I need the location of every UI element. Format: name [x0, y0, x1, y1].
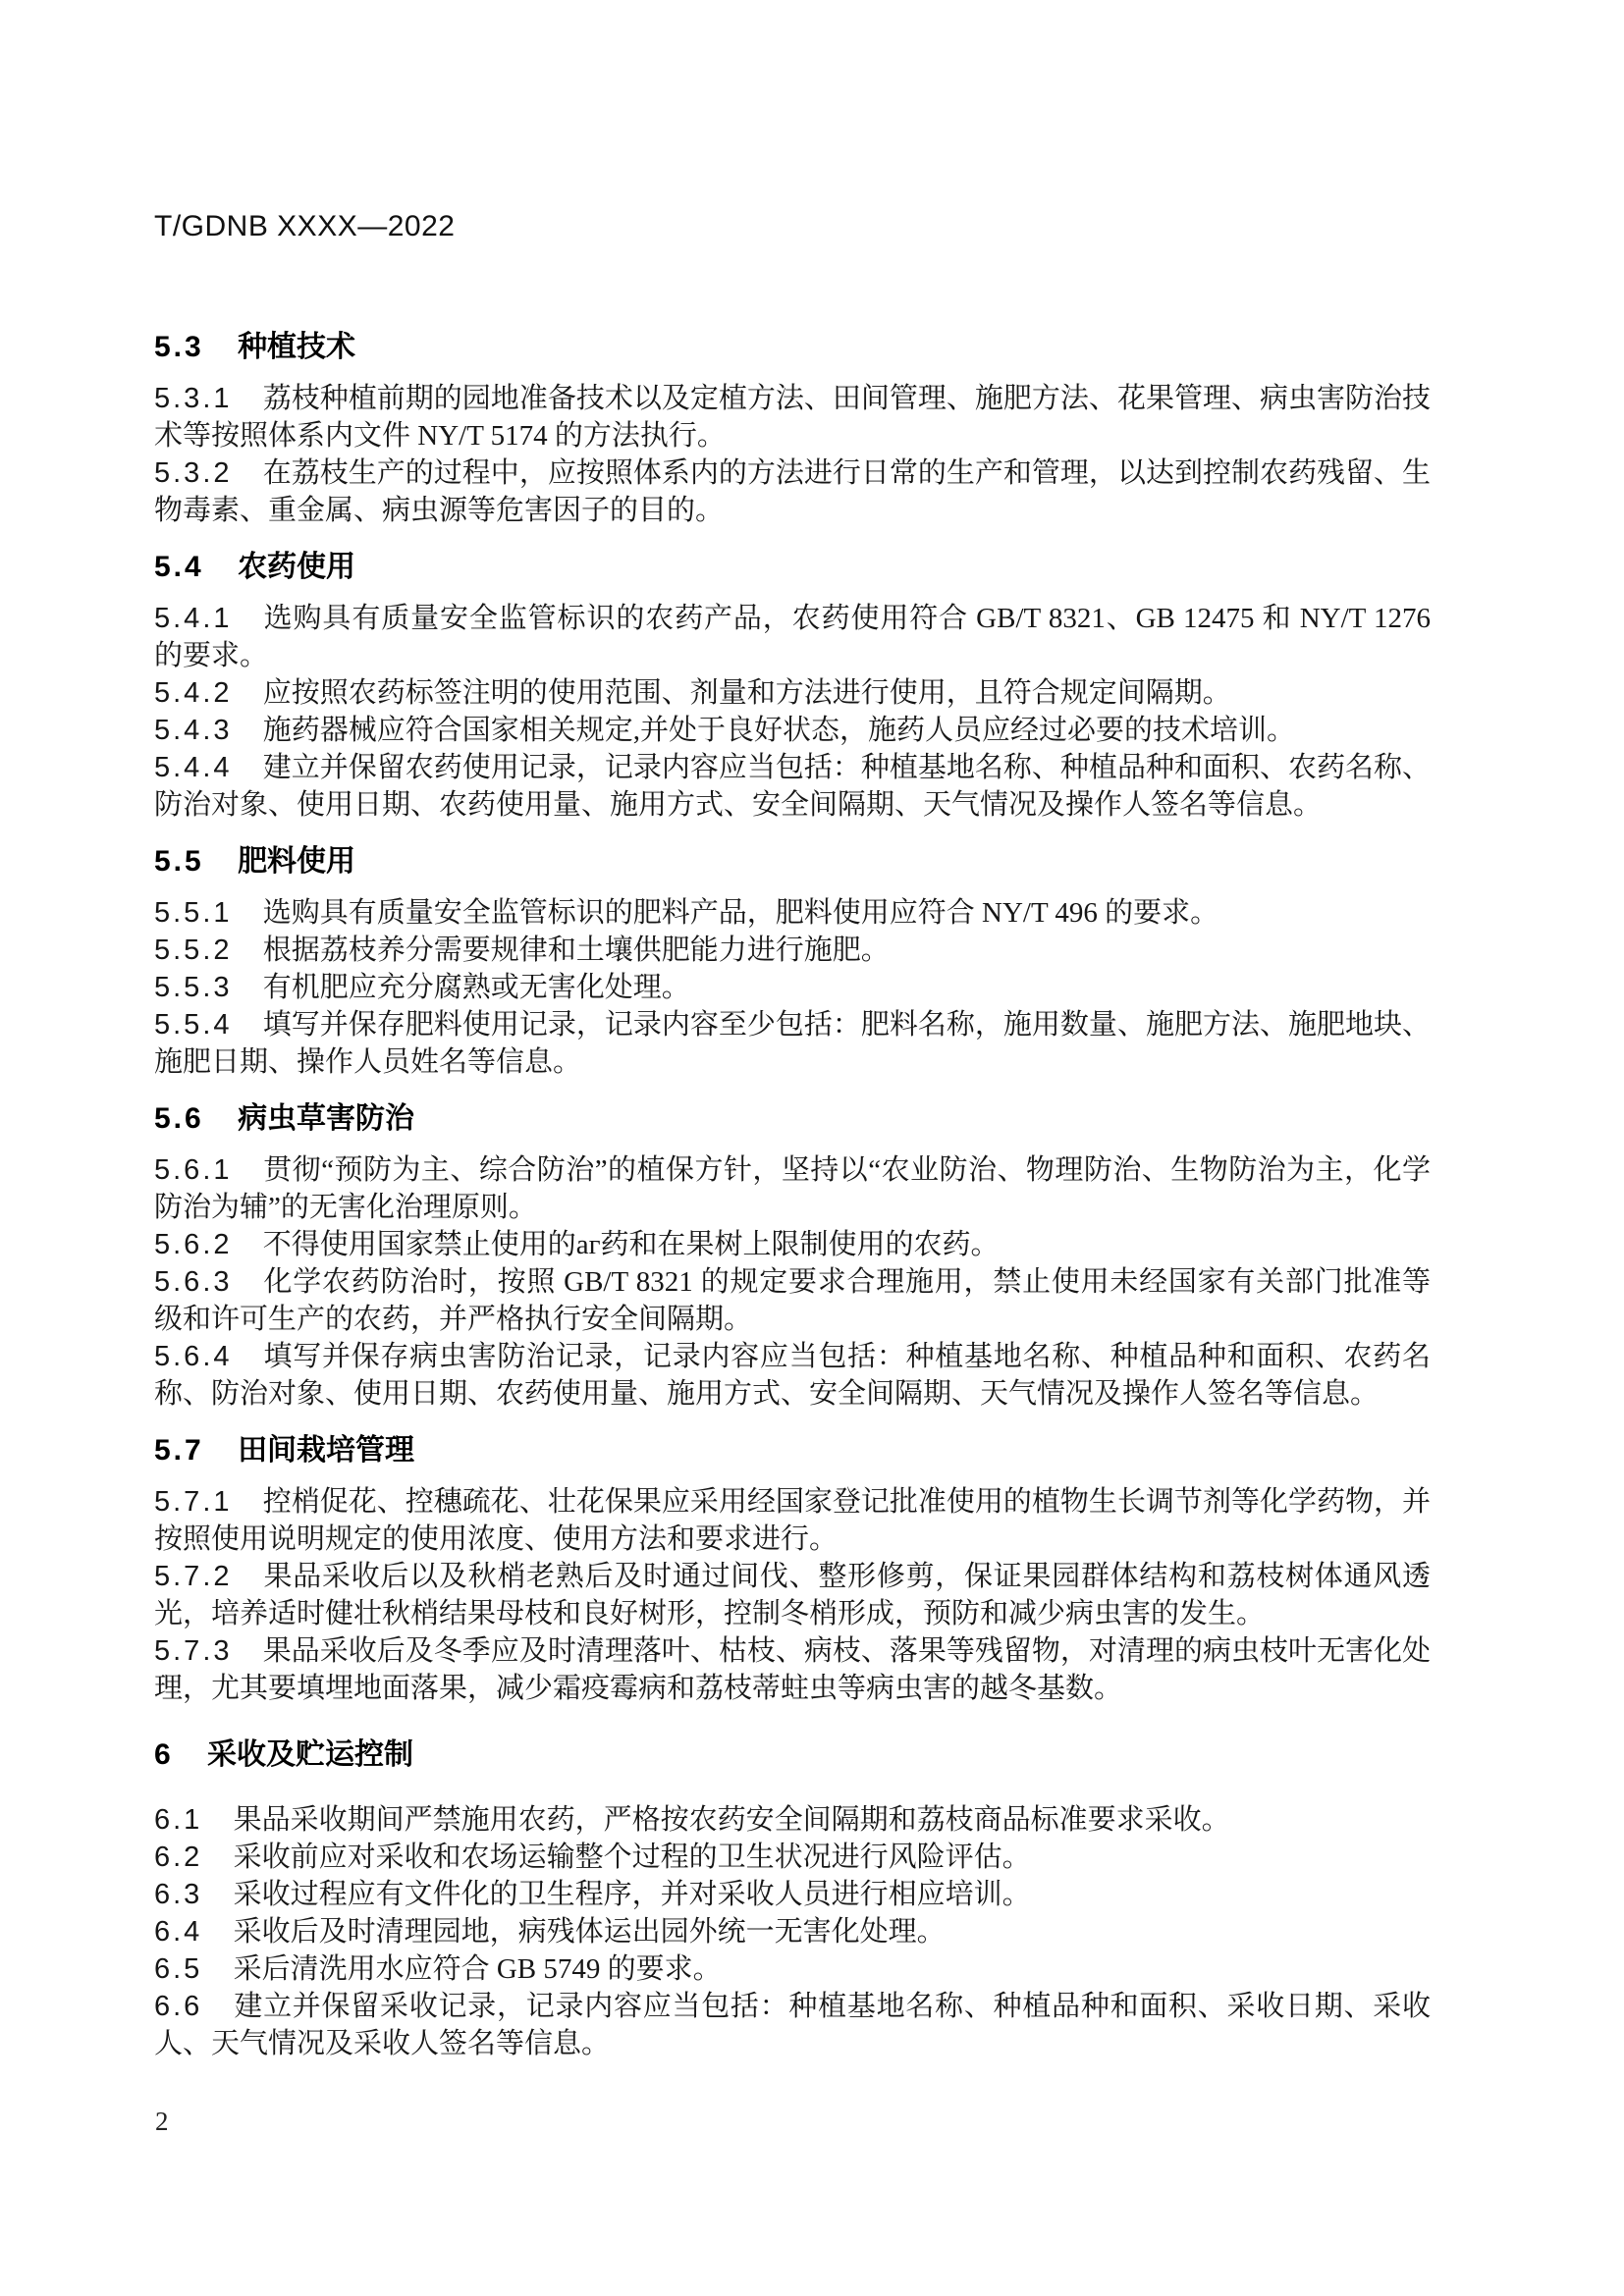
- clause-5-4-3: 5.4.3 施药器械应符合国家相关规定,并处于良好状态，施药人员应经过必要的技术…: [154, 712, 1431, 749]
- clause-text: 建立并保留采收记录，记录内容应当包括：种植基地名称、种植品种和面积、采收日期、采…: [154, 1991, 1431, 2059]
- section-heading: 5.4 农药使用: [154, 549, 1431, 586]
- clause-5-5-1: 5.5.1 选购具有质量安全监管标识的肥料产品，肥料使用应符合 NY/T 496…: [154, 894, 1431, 932]
- clause-text: 贯彻“预防为主、综合防治”的植保方针，坚持以“农业防治、物理防治、生物防治为主，…: [154, 1154, 1431, 1223]
- section-heading: 5.6 病虫草害防治: [154, 1100, 1431, 1138]
- section-5-7: 5.7 田间栽培管理 5.7.1 控梢促花、控穗疏花、壮花保果应采用经国家登记批…: [154, 1432, 1431, 1707]
- clause-text: 应按照农药标签注明的使用范围、剂量和方法进行使用，且符合规定间隔期。: [263, 677, 1231, 709]
- section-number: 5.6: [154, 1102, 204, 1135]
- section-title: 种植技术: [238, 331, 355, 363]
- clause-number: 6.5: [154, 1953, 202, 1985]
- clause-text: 采收前应对采收和农场运输整个过程的卫生状况进行风险评估。: [234, 1842, 1031, 1873]
- clause-number: 5.6.2: [154, 1229, 233, 1260]
- clause-number: 6.3: [154, 1879, 202, 1910]
- section-clauses: 5.5.1 选购具有质量安全监管标识的肥料产品，肥料使用应符合 NY/T 496…: [154, 894, 1431, 1081]
- document-page: T/GDNB XXXX—2022 5.3 种植技术 5.3.1 荔枝种植前期的园…: [0, 0, 1624, 2296]
- document-body: 5.3 种植技术 5.3.1 荔枝种植前期的园地准备技术以及定植方法、田间管理、…: [154, 329, 1431, 2062]
- clause-number: 6.1: [154, 1804, 202, 1836]
- clause-5-5-4: 5.5.4 填写并保存肥料使用记录，记录内容至少包括：肥料名称，施用数量、施肥方…: [154, 1006, 1431, 1081]
- clause-5-5-3: 5.5.3 有机肥应充分腐熟或无害化处理。: [154, 969, 1431, 1006]
- clause-text: 施药器械应符合国家相关规定,并处于良好状态，施药人员应经过必要的技术培训。: [263, 715, 1295, 746]
- clause-text: 荔枝种植前期的园地准备技术以及定植方法、田间管理、施肥方法、花果管理、病虫害防治…: [154, 383, 1431, 452]
- section-clauses: 6.1 果品采收期间严禁施用农药，严格按农药安全间隔期和荔枝商品标准要求采收。 …: [154, 1801, 1431, 2062]
- clause-text: 化学农药防治时，按照 GB/T 8321 的规定要求合理施用，禁止使用未经国家有…: [154, 1266, 1431, 1335]
- page-number: 2: [155, 2106, 169, 2137]
- clause-text: 果品采收后及冬季应及时清理落叶、枯枝、病枝、落果等残留物，对清理的病虫枝叶无害化…: [154, 1635, 1431, 1704]
- clause-number: 5.4.4: [154, 752, 233, 783]
- clause-text: 果品采收期间严禁施用农药，严格按农药安全间隔期和荔枝商品标准要求采收。: [234, 1804, 1230, 1836]
- clause-5-6-1: 5.6.1 贯彻“预防为主、综合防治”的植保方针，坚持以“农业防治、物理防治、生…: [154, 1151, 1431, 1226]
- clause-text: 根据荔枝养分需要规律和土壤供肥能力进行施肥。: [263, 934, 890, 966]
- clause-text: 控梢促花、控穗疏花、壮花保果应采用经国家登记批准使用的植物生长调节剂等化学药物，…: [154, 1486, 1431, 1555]
- section-5-4: 5.4 农药使用 5.4.1 选购具有质量安全监管标识的农药产品，农药使用符合 …: [154, 549, 1431, 824]
- section-heading: 6 采收及贮运控制: [154, 1736, 1431, 1774]
- clause-number: 5.5.3: [154, 972, 233, 1003]
- clause-6-6: 6.6 建立并保留采收记录，记录内容应当包括：种植基地名称、种植品种和面积、采收…: [154, 1988, 1431, 2062]
- clause-5-7-1: 5.7.1 控梢促花、控穗疏花、壮花保果应采用经国家登记批准使用的植物生长调节剂…: [154, 1483, 1431, 1558]
- clause-text: 选购具有质量安全监管标识的农药产品，农药使用符合 GB/T 8321、GB 12…: [154, 603, 1431, 671]
- clause-6-3: 6.3 采收过程应有文件化的卫生程序，并对采收人员进行相应培训。: [154, 1876, 1431, 1913]
- section-heading: 5.5 肥料使用: [154, 843, 1431, 881]
- clause-number: 5.4.3: [154, 715, 233, 746]
- clause-5-7-3: 5.7.3 果品采收后及冬季应及时清理落叶、枯枝、病枝、落果等残留物，对清理的病…: [154, 1632, 1431, 1707]
- section-number: 5.3: [154, 331, 204, 363]
- clause-number: 5.4.2: [154, 677, 233, 709]
- clause-number: 5.3.1: [154, 383, 233, 414]
- clause-number: 6.2: [154, 1842, 202, 1873]
- clause-6-2: 6.2 采收前应对采收和农场运输整个过程的卫生状况进行风险评估。: [154, 1839, 1431, 1876]
- clause-number: 6.4: [154, 1916, 202, 1948]
- clause-number: 5.7.2: [154, 1561, 233, 1592]
- section-clauses: 5.4.1 选购具有质量安全监管标识的农药产品，农药使用符合 GB/T 8321…: [154, 600, 1431, 824]
- section-heading: 5.3 种植技术: [154, 329, 1431, 366]
- clause-5-6-4: 5.6.4 填写并保存病虫害防治记录，记录内容应当包括：种植基地名称、种植品种和…: [154, 1338, 1431, 1413]
- clause-text: 采收后及时清理园地，病残体运出园外统一无害化处理。: [234, 1916, 946, 1948]
- clause-text: 选购具有质量安全监管标识的肥料产品，肥料使用应符合 NY/T 496 的要求。: [263, 897, 1218, 929]
- clause-number: 5.4.1: [154, 603, 233, 634]
- clause-6-1: 6.1 果品采收期间严禁施用农药，严格按农药安全间隔期和荔枝商品标准要求采收。: [154, 1801, 1431, 1839]
- section-title: 农药使用: [238, 551, 355, 583]
- clause-number: 5.5.2: [154, 934, 233, 966]
- clause-5-6-2: 5.6.2 不得使用国家禁止使用的аг药和在果树上限制使用的农药。: [154, 1226, 1431, 1263]
- section-5-5: 5.5 肥料使用 5.5.1 选购具有质量安全监管标识的肥料产品，肥料使用应符合…: [154, 843, 1431, 1081]
- document-code-header: T/GDNB XXXX—2022: [154, 210, 455, 243]
- section-heading: 5.7 田间栽培管理: [154, 1432, 1431, 1469]
- clause-text: 采后清洗用水应符合 GB 5749 的要求。: [234, 1953, 722, 1985]
- clause-5-5-2: 5.5.2 根据荔枝养分需要规律和土壤供肥能力进行施肥。: [154, 932, 1431, 969]
- clause-number: 5.5.4: [154, 1009, 233, 1041]
- section-5-3: 5.3 种植技术 5.3.1 荔枝种植前期的园地准备技术以及定植方法、田间管理、…: [154, 329, 1431, 529]
- section-title: 病虫草害防治: [238, 1102, 414, 1135]
- clause-5-3-1: 5.3.1 荔枝种植前期的园地准备技术以及定植方法、田间管理、施肥方法、花果管理…: [154, 380, 1431, 454]
- clause-5-7-2: 5.7.2 果品采收后以及秋梢老熟后及时通过间伐、整形修剪，保证果园群体结构和荔…: [154, 1558, 1431, 1632]
- clause-number: 6.6: [154, 1991, 202, 2022]
- clause-number: 5.5.1: [154, 897, 233, 929]
- clause-text: 不得使用国家禁止使用的аг药和在果树上限制使用的农药。: [263, 1229, 1000, 1260]
- clause-number: 5.7.3: [154, 1635, 233, 1667]
- clause-5-4-1: 5.4.1 选购具有质量安全监管标识的农药产品，农药使用符合 GB/T 8321…: [154, 600, 1431, 674]
- clause-number: 5.6.4: [154, 1341, 233, 1372]
- section-clauses: 5.3.1 荔枝种植前期的园地准备技术以及定植方法、田间管理、施肥方法、花果管理…: [154, 380, 1431, 529]
- clause-6-4: 6.4 采收后及时清理园地，病残体运出园外统一无害化处理。: [154, 1913, 1431, 1950]
- clause-text: 填写并保存病虫害防治记录，记录内容应当包括：种植基地名称、种植品种和面积、农药名…: [154, 1341, 1431, 1410]
- section-number: 5.4: [154, 551, 204, 583]
- section-number: 5.7: [154, 1434, 204, 1467]
- section-clauses: 5.6.1 贯彻“预防为主、综合防治”的植保方针，坚持以“农业防治、物理防治、生…: [154, 1151, 1431, 1413]
- clause-number: 5.7.1: [154, 1486, 233, 1518]
- clause-text: 填写并保存肥料使用记录，记录内容至少包括：肥料名称，施用数量、施肥方法、施肥地块…: [154, 1009, 1431, 1078]
- section-number: 5.5: [154, 845, 204, 878]
- clause-6-5: 6.5 采后清洗用水应符合 GB 5749 的要求。: [154, 1950, 1431, 1988]
- section-title: 肥料使用: [238, 845, 355, 878]
- section-title: 田间栽培管理: [238, 1434, 414, 1467]
- clause-5-4-2: 5.4.2 应按照农药标签注明的使用范围、剂量和方法进行使用，且符合规定间隔期。: [154, 674, 1431, 712]
- clause-number: 5.3.2: [154, 457, 233, 489]
- clause-number: 5.6.1: [154, 1154, 233, 1186]
- clause-text: 有机肥应充分腐熟或无害化处理。: [263, 972, 690, 1003]
- clause-text: 采收过程应有文件化的卫生程序，并对采收人员进行相应培训。: [234, 1879, 1031, 1910]
- clause-text: 果品采收后以及秋梢老熟后及时通过间伐、整形修剪，保证果园群体结构和荔枝树体通风透…: [154, 1561, 1431, 1629]
- section-number: 6: [154, 1738, 174, 1771]
- section-title: 采收及贮运控制: [207, 1738, 413, 1771]
- section-5-6: 5.6 病虫草害防治 5.6.1 贯彻“预防为主、综合防治”的植保方针，坚持以“…: [154, 1100, 1431, 1413]
- clause-number: 5.6.3: [154, 1266, 233, 1298]
- clause-text: 建立并保留农药使用记录，记录内容应当包括：种植基地名称、种植品种和面积、农药名称…: [154, 752, 1431, 821]
- clause-5-3-2: 5.3.2 在荔枝生产的过程中，应按照体系内的方法进行日常的生产和管理，以达到控…: [154, 454, 1431, 529]
- section-clauses: 5.7.1 控梢促花、控穗疏花、壮花保果应采用经国家登记批准使用的植物生长调节剂…: [154, 1483, 1431, 1707]
- clause-5-4-4: 5.4.4 建立并保留农药使用记录，记录内容应当包括：种植基地名称、种植品种和面…: [154, 749, 1431, 824]
- clause-text: 在荔枝生产的过程中，应按照体系内的方法进行日常的生产和管理，以达到控制农药残留、…: [154, 457, 1431, 526]
- clause-5-6-3: 5.6.3 化学农药防治时，按照 GB/T 8321 的规定要求合理施用，禁止使…: [154, 1263, 1431, 1338]
- section-6: 6 采收及贮运控制 6.1 果品采收期间严禁施用农药，严格按农药安全间隔期和荔枝…: [154, 1736, 1431, 2062]
